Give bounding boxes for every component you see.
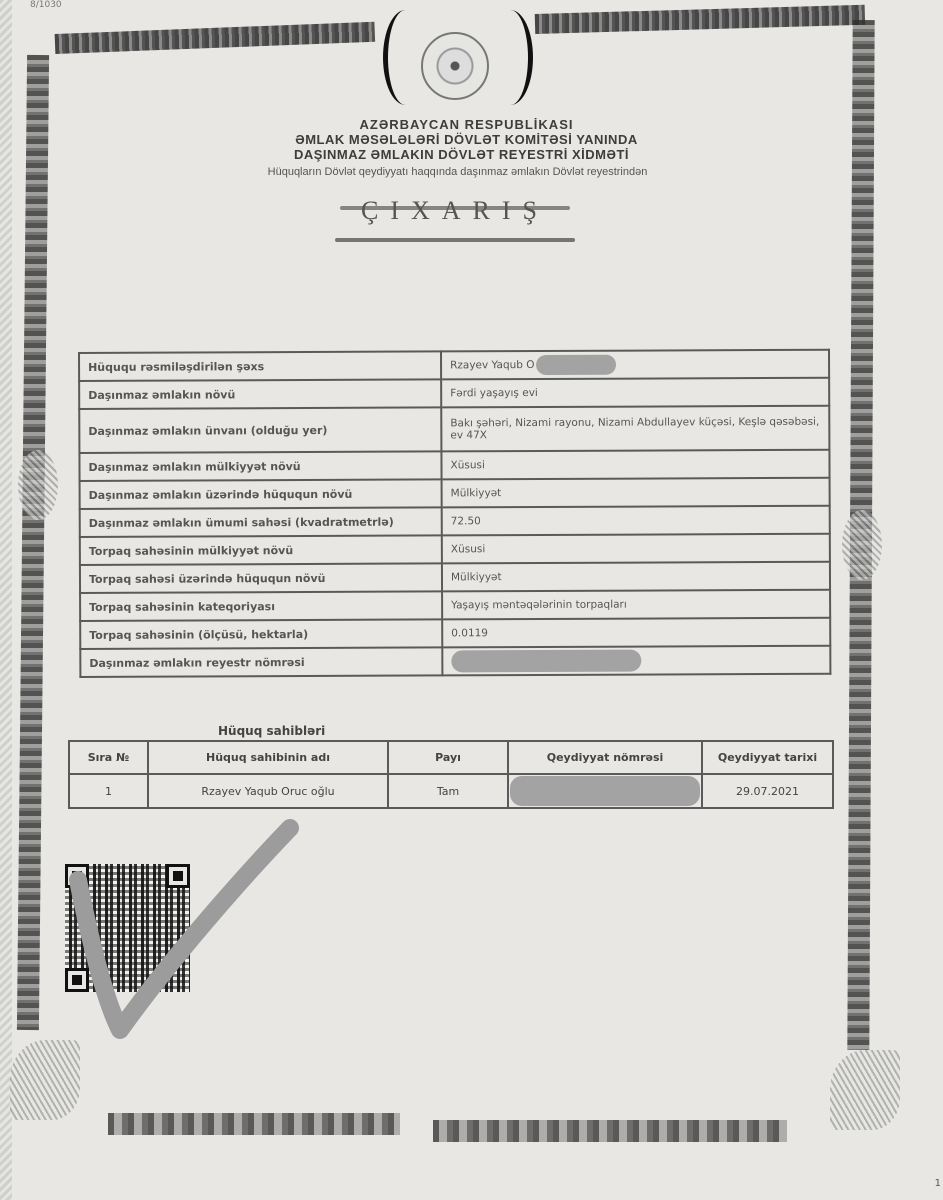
border-bottom-right bbox=[433, 1120, 787, 1142]
row-label: Daşınmaz əmlakın ünvanı (olduğu yer) bbox=[79, 407, 441, 453]
corner-ornament-icon bbox=[10, 1040, 80, 1120]
row-value: Xüsusi bbox=[442, 534, 830, 564]
row-value: Mülkiyyət bbox=[442, 478, 830, 508]
table-row: Torpaq sahəsinin (ölçüsü, hektarla)0.011… bbox=[80, 618, 830, 649]
row-label: Daşınmaz əmlakın növü bbox=[79, 379, 441, 409]
row-label: Hüququ rəsmiləşdirilən şəxs bbox=[79, 351, 441, 381]
table-row: Daşınmaz əmlakın mülkiyyət növüXüsusi bbox=[79, 450, 829, 481]
table-row: Daşınmaz əmlakın üzərində hüququn növüMü… bbox=[80, 478, 830, 509]
row-value-text: Mülkiyyət bbox=[451, 571, 502, 583]
table-row: Torpaq sahəsinin mülkiyyət növüXüsusi bbox=[80, 534, 830, 565]
document-title: ÇIXARIŞ bbox=[330, 196, 580, 226]
row-value-text: Mülkiyyət bbox=[451, 487, 502, 499]
col-reg-date: Qeydiyyat tarixi bbox=[702, 741, 833, 774]
row-label: Torpaq sahəsi üzərində hüququn növü bbox=[80, 563, 442, 593]
row-label: Torpaq sahəsinin mülkiyyət növü bbox=[80, 535, 442, 565]
header-line-2: ƏMLAK MƏSƏLƏLƏRİ DÖVLƏT KOMİTƏSİ YANINDA bbox=[0, 132, 938, 147]
row-label: Daşınmaz əmlakın üzərində hüququn növü bbox=[80, 479, 442, 509]
header-line-3: DAŞINMAZ ƏMLAKIN DÖVLƏT REYESTRİ XİDMƏTİ bbox=[0, 147, 933, 162]
row-value-text: Xüsusi bbox=[451, 543, 485, 555]
row-label: Torpaq sahəsinin kateqoriyası bbox=[80, 591, 442, 621]
header-subtitle: Hüquqların Dövlət qeydiyyatı haqqında da… bbox=[0, 166, 929, 178]
background-edge bbox=[0, 0, 12, 1200]
row-value: Xüsusi bbox=[441, 450, 829, 480]
owner-share: Tam bbox=[388, 774, 508, 808]
redaction-mark bbox=[536, 355, 616, 375]
checkmark-icon bbox=[60, 810, 310, 1050]
side-ornament-icon bbox=[842, 510, 882, 580]
row-value: Mülkiyyət bbox=[442, 562, 830, 592]
table-row: Daşınmaz əmlakın növüFərdi yaşayış evi bbox=[79, 378, 829, 409]
row-value: 72.50 bbox=[442, 506, 830, 536]
owner-name: Rzayev Yaqub Oruc oğlu bbox=[148, 774, 388, 808]
owners-table: Sıra № Hüquq sahibinin adı Payı Qeydiyya… bbox=[68, 740, 834, 809]
row-label: Daşınmaz əmlakın mülkiyyət növü bbox=[79, 451, 441, 481]
row-value: 0.0119 bbox=[442, 618, 830, 648]
title-ornament-bottom bbox=[335, 238, 575, 242]
owners-header-row: Sıra № Hüquq sahibinin adı Payı Qeydiyya… bbox=[69, 741, 833, 774]
col-index: Sıra № bbox=[69, 741, 148, 774]
redaction-mark bbox=[451, 650, 641, 673]
table-row: Daşınmaz əmlakın ümumi sahəsi (kvadratme… bbox=[80, 506, 830, 537]
corner-ornament-icon bbox=[830, 1050, 900, 1130]
row-value: Fərdi yaşayış evi bbox=[441, 378, 829, 408]
row-value-text: Rzayev Yaqub O bbox=[450, 359, 535, 371]
owner-reg-date: 29.07.2021 bbox=[702, 774, 833, 808]
row-label: Daşınmaz əmlakın ümumi sahəsi (kvadratme… bbox=[80, 507, 442, 537]
top-note: 8/1030 bbox=[30, 0, 62, 10]
owner-reg-number bbox=[508, 774, 702, 808]
table-row: Daşınmaz əmlakın reyestr nömrəsi bbox=[80, 646, 830, 677]
header-line-1: AZƏRBAYCAN RESPUBLİKASI bbox=[0, 117, 938, 132]
col-reg-number: Qeydiyyat nömrəsi bbox=[508, 741, 702, 774]
col-share: Payı bbox=[388, 741, 508, 774]
table-row: Hüququ rəsmiləşdirilən şəxsRzayev Yaqub … bbox=[79, 350, 829, 381]
row-value-text: Bakı şəhəri, Nizami rayonu, Nizami Abdul… bbox=[450, 416, 819, 442]
table-row: Torpaq sahəsi üzərində hüququn növüMülki… bbox=[80, 562, 830, 593]
owner-index: 1 bbox=[69, 774, 148, 808]
row-value-text: 72.50 bbox=[451, 515, 481, 527]
redaction-mark bbox=[510, 776, 700, 806]
page-mark: 1 bbox=[935, 1178, 941, 1189]
row-value: Bakı şəhəri, Nizami rayonu, Nizami Abdul… bbox=[441, 406, 829, 452]
row-value bbox=[442, 646, 830, 676]
border-bottom-left bbox=[108, 1113, 400, 1135]
table-row: 1 Rzayev Yaqub Oruc oğlu Tam 29.07.2021 bbox=[69, 774, 833, 808]
owners-title: Hüquq sahibləri bbox=[218, 724, 325, 738]
col-name: Hüquq sahibinin adı bbox=[148, 741, 388, 774]
row-value: Rzayev Yaqub O bbox=[441, 350, 829, 380]
property-table: Hüququ rəsmiləşdirilən şəxsRzayev Yaqub … bbox=[78, 349, 831, 678]
table-row: Torpaq sahəsinin kateqoriyasıYaşayış mən… bbox=[80, 590, 830, 621]
table-row: Daşınmaz əmlakın ünvanı (olduğu yer)Bakı… bbox=[79, 406, 829, 453]
side-ornament-icon bbox=[18, 450, 58, 520]
row-value-text: 0.0119 bbox=[451, 627, 488, 639]
state-emblem-icon bbox=[383, 10, 533, 105]
row-value: Yaşayış məntəqələrinin torpaqları bbox=[442, 590, 830, 620]
row-value-text: Fərdi yaşayış evi bbox=[450, 387, 538, 399]
row-value-text: Yaşayış məntəqələrinin torpaqları bbox=[451, 599, 627, 612]
row-label: Torpaq sahəsinin (ölçüsü, hektarla) bbox=[80, 619, 442, 649]
row-value-text: Xüsusi bbox=[450, 459, 484, 471]
row-label: Daşınmaz əmlakın reyestr nömrəsi bbox=[80, 647, 442, 677]
